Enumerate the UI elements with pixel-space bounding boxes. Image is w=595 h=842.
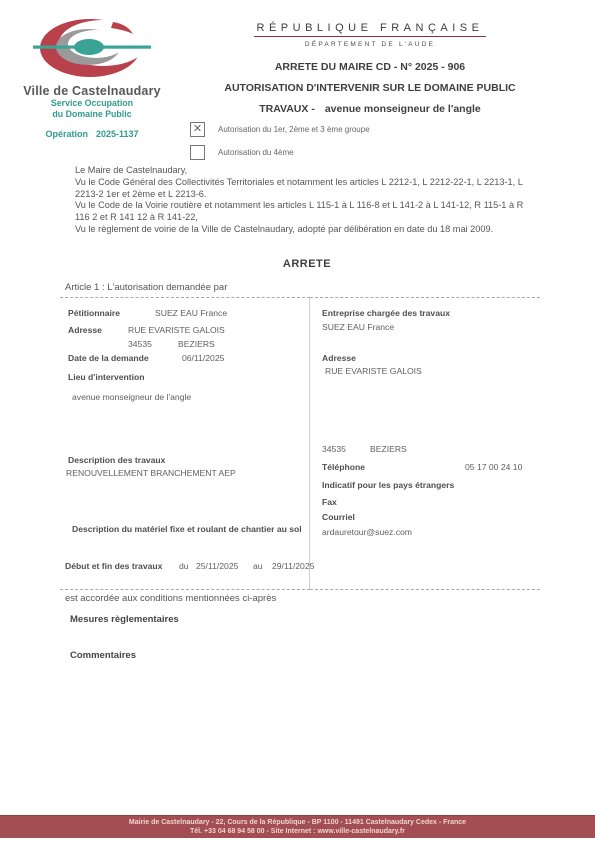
legal-preamble: Le Maire de Castelnaudary, Vu le Code Gé…	[75, 165, 539, 236]
travaux-line: TRAVAUX -avenue monseigneur de l'angle	[160, 103, 580, 115]
entreprise-ville: BEZIERS	[370, 444, 407, 454]
arrete-heading: ARRETE	[75, 258, 539, 270]
checkbox-group4-label: Autorisation du 4ème	[218, 148, 294, 157]
arrete-number-line: ARRETE DU MAIRE CD - N° 2025 - 906	[160, 61, 580, 73]
service-name-line2: du Domaine Public	[22, 109, 162, 120]
checkbox-row-group123: ✕ Autorisation du 1er, 2ème et 3 ème gro…	[190, 122, 370, 137]
departement-subtitle: DÉPARTEMENT DE L'AUDE	[160, 41, 580, 48]
scanned-arrete-page: Ville de Castelnaudary Service Occupatio…	[0, 0, 595, 842]
adresse-value: RUE EVARISTE GALOIS	[128, 325, 225, 335]
entreprise-label: Entreprise chargée des travaux	[322, 308, 450, 318]
city-name: Ville de Castelnaudary	[22, 84, 162, 98]
courriel-value: ardauretour@suez.com	[322, 527, 412, 537]
date-fin-value: 29/11/2025	[272, 561, 314, 571]
preamble-maire-line: Le Maire de Castelnaudary,	[75, 165, 539, 177]
debut-fin-label: Début et fin des travaux	[65, 561, 162, 571]
lieu-intervention-value: avenue monseigneur de l'angle	[72, 392, 191, 402]
mesures-reglementaires-heading: Mesures règlementaires	[70, 614, 179, 625]
form-right-column: Entreprise chargée des travaux SUEZ EAU …	[310, 297, 540, 590]
date-debut-value: 25/11/2025	[196, 561, 238, 571]
entreprise-cp: 34535	[322, 444, 346, 454]
petitionnaire-label: Pétitionnaire	[68, 308, 120, 318]
date-demande-value: 06/11/2025	[182, 353, 224, 363]
preamble-vu-reglement: Vu le règlement de voirie de la Ville de…	[75, 224, 539, 236]
checkbox-group4	[190, 145, 205, 160]
telephone-value: 05 17 00 24 10	[465, 462, 522, 472]
operation-label: Opération	[45, 129, 88, 139]
authorisation-checkboxes: ✕ Autorisation du 1er, 2ème et 3 ème gro…	[190, 122, 370, 168]
footer-address-line: Mairie de Castelnaudary - 22, Cours de l…	[0, 819, 595, 828]
entreprise-adresse-value: RUE EVARISTE GALOIS	[325, 366, 422, 376]
checkbox-row-group4: Autorisation du 4ème	[190, 145, 370, 160]
travaux-value: avenue monseigneur de l'angle	[325, 103, 481, 115]
lieu-intervention-label: Lieu d'intervention	[68, 372, 145, 382]
description-travaux-label: Description des travaux	[68, 455, 165, 465]
materiel-label: Description du matériel fixe et roulant …	[72, 524, 302, 534]
adresse-label: Adresse	[68, 325, 102, 335]
commentaires-heading: Commentaires	[70, 650, 136, 661]
operation-value: 2025-1137	[96, 129, 139, 139]
fax-label: Fax	[322, 497, 337, 507]
footer-address-band: Mairie de Castelnaudary - 22, Cours de l…	[0, 815, 595, 838]
courriel-label: Courriel	[322, 512, 355, 522]
checkbox-group123-label: Autorisation du 1er, 2ème et 3 ème group…	[218, 125, 370, 134]
entreprise-adresse-label: Adresse	[322, 353, 356, 363]
operation-number: Opération2025-1137	[22, 129, 162, 139]
description-travaux-value: RENOUVELLEMENT BRANCHEMENT AEP	[66, 468, 236, 478]
authorisation-form-table: Pétitionnaire SUEZ EAU France Adresse RU…	[60, 297, 540, 590]
date-demande-label: Date de la demande	[68, 353, 149, 363]
telephone-label: Téléphone	[322, 462, 365, 472]
article1-line: Article 1 : L'autorisation demandée par	[65, 282, 227, 293]
travaux-label: TRAVAUX -	[259, 103, 315, 115]
du-label: du	[179, 561, 189, 571]
accord-conditions-line: est accordée aux conditions mentionnées …	[65, 593, 276, 604]
preamble-vu-voirie: Vu le Code de la Voirie routière et nota…	[75, 200, 539, 224]
adresse-cp: 34535	[128, 339, 152, 349]
indicatif-label: Indicatif pour les pays étrangers	[322, 480, 454, 490]
castelnaudary-logo-icon	[33, 16, 151, 82]
entreprise-value: SUEZ EAU France	[322, 322, 394, 332]
republique-underline	[254, 36, 486, 37]
service-name-line1: Service Occupation	[22, 98, 162, 109]
republique-title: RÉPUBLIQUE FRANÇAISE	[160, 22, 580, 34]
au-label: au	[253, 561, 263, 571]
form-left-column: Pétitionnaire SUEZ EAU France Adresse RU…	[60, 297, 310, 590]
petitionnaire-value: SUEZ EAU France	[155, 308, 227, 318]
city-logo-block: Ville de Castelnaudary Service Occupatio…	[22, 16, 162, 139]
document-header: RÉPUBLIQUE FRANÇAISE DÉPARTEMENT DE L'AU…	[160, 22, 580, 115]
preamble-vu-cgct: Vu le Code Général des Collectivités Ter…	[75, 177, 539, 201]
footer-contact-line: Tél. +33 04 68 94 58 00 - Site Internet …	[0, 828, 595, 837]
autorisation-title: AUTORISATION D'INTERVENIR SUR LE DOMAINE…	[160, 82, 580, 94]
checkbox-group123: ✕	[190, 122, 205, 137]
adresse-ville: BEZIERS	[178, 339, 215, 349]
